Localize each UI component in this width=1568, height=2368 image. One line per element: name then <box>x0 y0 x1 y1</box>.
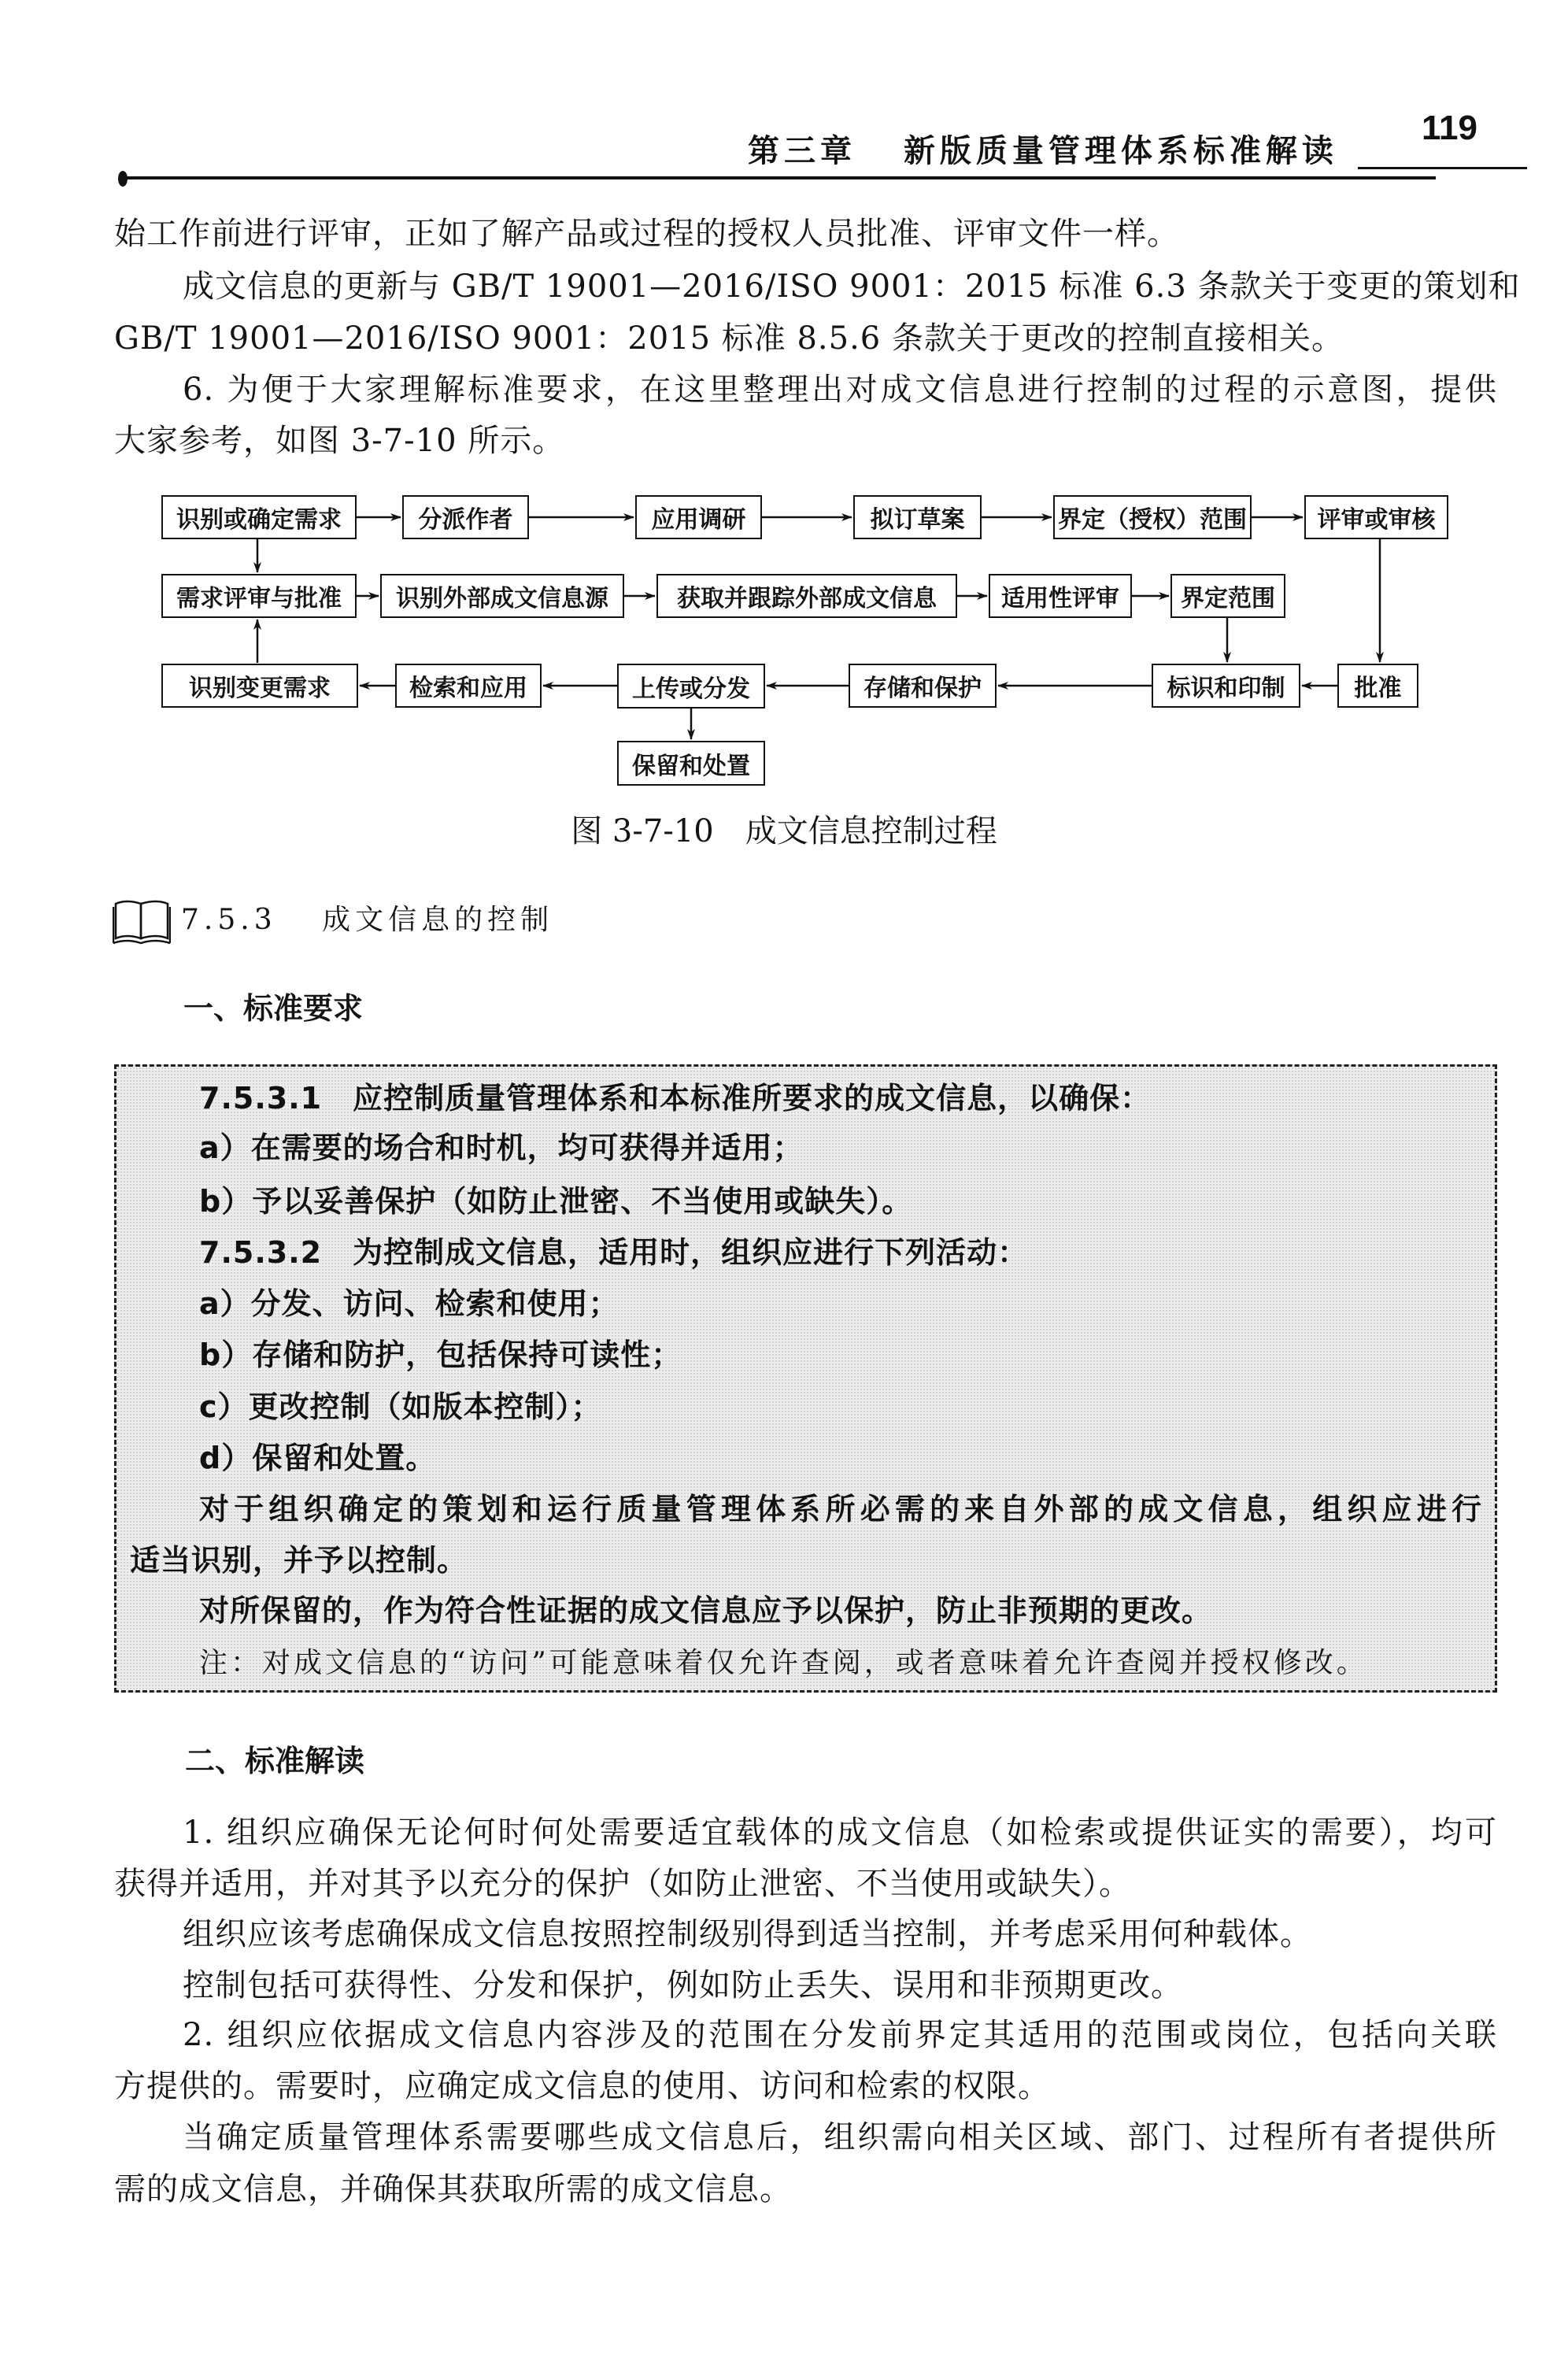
paragraph-line: 需的成文信息，并确保其获取所需的成文信息。 <box>114 2170 792 2208</box>
requirement-note: 注：对成文信息的“访问”可能意味着仅允许查阅，或者意味着允许查阅并授权修改。 <box>199 1645 1368 1682</box>
requirement-line: 对所保留的，作为符合性证据的成文信息应予以保护，防止非预期的更改。 <box>199 1592 1212 1630</box>
flow-node-identify-change-needs: 识别变更需求 <box>161 664 358 708</box>
section-title: 成文信息的控制 <box>322 904 553 936</box>
paragraph-line: 控制包括可获得性、分发和保护，例如防止丢失、误用和非预期更改。 <box>183 1967 1183 2004</box>
paragraph-line: 方提供的。需要时，应确定成文信息的使用、访问和检索的权限。 <box>114 2067 1050 2105</box>
flow-node-identify-needs: 识别或确定需求 <box>161 495 357 539</box>
flow-node-identify-external-sources: 识别外部成文信息源 <box>380 574 624 618</box>
requirement-line: a）在需要的场合和时机，均可获得并适用； <box>199 1129 804 1167</box>
requirement-line: d）保留和处置。 <box>199 1439 436 1477</box>
paragraph-line: 2. 组织应依据成文信息内容涉及的范围在分发前界定其适用的范围或岗位，包括向关联 <box>183 2016 1497 2054</box>
requirement-line: 7.5.3.1 应控制质量管理体系和本标准所要求的成文信息，以确保： <box>199 1079 1151 1117</box>
flow-node-upload-distribute: 上传或分发 <box>617 664 765 709</box>
flow-node-retrieve-apply: 检索和应用 <box>395 664 542 708</box>
paragraph-line: 1. 组织应确保无论何时何处需要适宜载体的成文信息（如检索或提供证实的需要），均… <box>183 1814 1497 1852</box>
flow-node-suitability-review: 适用性评审 <box>989 574 1132 618</box>
flow-node-approve: 批准 <box>1337 664 1418 708</box>
requirement-line: 对于组织确定的策划和运行质量管理体系所必需的来自外部的成文信息，组织应进行 <box>199 1490 1482 1528</box>
requirement-line: 7.5.3.2 为控制成文信息，适用时，组织应进行下列活动： <box>199 1234 1028 1271</box>
flow-node-obtain-track-external: 获取并跟踪外部成文信息 <box>656 574 957 618</box>
flow-node-draft: 拟订草案 <box>853 495 982 539</box>
requirement-line: a）分发、访问、检索和使用； <box>199 1285 619 1323</box>
requirement-line: c）更改控制（如版本控制）； <box>199 1388 602 1426</box>
paragraph-line: 组织应该考虑确保成文信息按照控制级别得到适当控制，并考虑采用何种载体。 <box>183 1915 1312 1953</box>
flow-node-review-audit: 评审或审核 <box>1304 495 1448 539</box>
flow-node-needs-review-approval: 需求评审与批准 <box>161 574 357 618</box>
book-icon <box>113 897 171 946</box>
figure-caption: 图 3-7-10 成文信息控制过程 <box>0 806 1568 851</box>
heading-standard-interpretation: 二、标准解读 <box>185 1737 364 1780</box>
requirement-line: b）存储和防护，包括保持可读性； <box>199 1336 682 1374</box>
paragraph-line: 获得并适用，并对其予以充分的保护（如防止泄密、不当使用或缺失）。 <box>114 1865 1131 1903</box>
requirement-line: b）予以妥善保护（如防止泄密、不当使用或缺失）。 <box>199 1182 912 1220</box>
flow-node-define-authorized-scope: 界定（授权）范围 <box>1053 495 1252 539</box>
flow-node-retain-dispose: 保留和处置 <box>617 741 765 786</box>
section-heading: 7.5.3 成文信息的控制 <box>181 897 553 938</box>
paragraph-line: 当确定质量管理体系需要哪些成文信息后，组织需向相关区域、部门、过程所有者提供所 <box>183 2118 1497 2156</box>
section-number: 7.5.3 <box>181 904 277 936</box>
requirement-line: 适当识别，并予以控制。 <box>130 1541 468 1579</box>
flow-node-application-research: 应用调研 <box>635 495 762 539</box>
flow-node-store-protect: 存储和保护 <box>849 664 997 708</box>
flow-node-define-scope: 界定范围 <box>1170 574 1285 618</box>
heading-standard-requirements: 一、标准要求 <box>183 984 363 1027</box>
flow-node-assign-author: 分派作者 <box>402 495 529 539</box>
flow-node-identify-print: 标识和印制 <box>1152 664 1300 708</box>
